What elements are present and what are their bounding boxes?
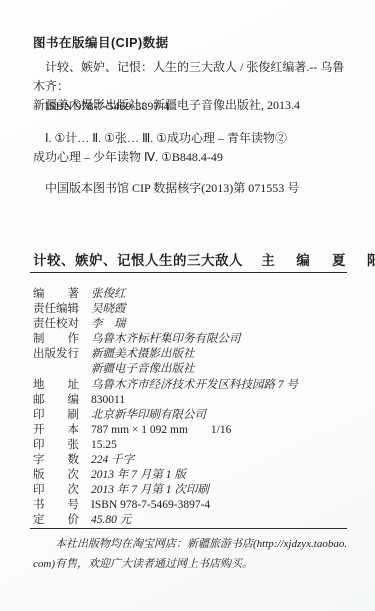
colophon-row-value: 张俊红 — [91, 287, 126, 302]
footer-divider-rule — [30, 528, 347, 529]
cip-classification-line-2: 成功心理 – 少年读物 Ⅳ. ①B848.4-49 — [33, 148, 349, 167]
colophon-row-label: 编 著 — [33, 287, 83, 302]
colophon-row-label: 印 张 — [33, 438, 83, 453]
taobao-store-note-line-1: 本社出版物均在淘宝网店：新疆旅游书店(http://xjdzyx.taobao. — [33, 534, 349, 554]
colophon-row-label: 地 址 — [33, 378, 83, 393]
colophon-row: 制 作 乌鲁木齐标杆集印务有限公司 — [33, 332, 349, 347]
colophon-row-label: 责任校对 — [33, 317, 83, 332]
colophon-row-value: 15.25 — [91, 438, 117, 453]
colophon-row: 开 本 787 mm × 1 092 mm 1/16 — [33, 423, 349, 438]
colophon-row: 出版发行 新疆美术摄影出版社 — [33, 347, 349, 362]
colophon-row-label: 开 本 — [33, 423, 83, 438]
colophon-row-label: 印 刷 — [33, 408, 83, 423]
colophon-row: 责任校对 李 瑞 — [33, 317, 349, 332]
cip-heading: 图书在版编目(CIP)数据 — [33, 33, 349, 51]
colophon-row-label: 邮 编 — [33, 393, 83, 408]
colophon-row-value: 李 瑞 — [91, 317, 126, 332]
book-title: 计较、嫉妒、记恨人生的三大敌人 — [33, 253, 243, 268]
colophon-row-value: 北京新华印刷有限公司 — [91, 408, 206, 423]
colophon-row: 地 址 乌鲁木齐市经济技术开发区科技园路 7 号 — [33, 378, 349, 393]
colophon-row-label: 制 作 — [33, 332, 83, 347]
colophon-row-label: 版 次 — [33, 468, 83, 483]
colophon-row: 邮 编 830011 — [33, 393, 349, 408]
colophon-row-value: 乌鲁木齐标杆集印务有限公司 — [91, 332, 241, 347]
chief-editor-label: 主 编 — [261, 253, 314, 268]
colophon-row: 新疆电子音像出版社 — [33, 362, 349, 377]
colophon-row: 定 价 45.80 元 — [33, 513, 349, 528]
colophon-row: 责任编辑 吴晓霞 — [33, 302, 349, 317]
cip-classification-line-1: Ⅰ. ①计… Ⅱ. ①张… Ⅲ. ①成功心理 – 青年读物② — [33, 129, 349, 148]
colophon-row: 编 著 张俊红 — [33, 287, 349, 302]
colophon-row-value: 吴晓霞 — [91, 302, 126, 317]
colophon-row-value: 787 mm × 1 092 mm 1/16 — [91, 423, 231, 438]
colophon-table: 编 著 张俊红 责任编辑 吴晓霞 责任校对 李 瑞 制 作 乌鲁木齐标杆集印务有… — [33, 287, 349, 529]
colophon-row-label: 书 号 — [33, 498, 83, 513]
colophon-row-value: 2013 年 7 月第 1 版 — [91, 468, 186, 483]
colophon-row: 印 次 2013 年 7 月第 1 次印刷 — [33, 483, 349, 498]
title-divider-rule — [30, 272, 347, 273]
cip-description-line-1: 计较、嫉妒、记恨：人生的三大敌人 / 张俊红编著.-- 乌鲁木齐： — [33, 58, 349, 96]
colophon-row: 版 次 2013 年 7 月第 1 版 — [33, 468, 349, 483]
colophon-row-label: 印 次 — [33, 483, 83, 498]
colophon-row-label: 字 数 — [33, 453, 83, 468]
colophon-row-value: 45.80 元 — [91, 513, 131, 528]
colophon-row: 书 号 ISBN 978-7-5469-3897-4 — [33, 498, 349, 513]
chief-editor-name: 夏 阳 — [332, 253, 375, 268]
colophon-row-label: 责任编辑 — [33, 302, 83, 317]
colophon-row-value: 830011 — [91, 393, 125, 408]
cip-record-number: 中国版本图书馆 CIP 数据核字(2013)第 071553 号 — [33, 179, 349, 196]
book-title-row: 计较、嫉妒、记恨人生的三大敌人 主 编 夏 阳 — [33, 249, 349, 269]
colophon-row: 字 数 224 千字 — [33, 453, 349, 468]
cip-isbn: ISBN 978-7-5469-3897-4 — [33, 99, 349, 114]
colophon-row-value: 224 千字 — [91, 453, 134, 468]
colophon-row-value: 新疆美术摄影出版社 — [91, 347, 195, 362]
colophon-row-label: 出版发行 — [33, 347, 83, 362]
colophon-row-label: 定 价 — [33, 513, 83, 528]
colophon-row-value: 新疆电子音像出版社 — [91, 362, 195, 377]
colophon-row-value: 2013 年 7 月第 1 次印刷 — [91, 483, 209, 498]
taobao-store-note-line-2: com)有售，欢迎广大读者通过网上书店购买。 — [33, 554, 349, 574]
copyright-page: 图书在版编目(CIP)数据 计较、嫉妒、记恨：人生的三大敌人 / 张俊红编著.-… — [0, 0, 375, 611]
taobao-store-note: 本社出版物均在淘宝网店：新疆旅游书店(http://xjdzyx.taobao.… — [33, 534, 349, 574]
colophon-row: 印 张 15.25 — [33, 438, 349, 453]
colophon-row-value: ISBN 978-7-5469-3897-4 — [91, 498, 210, 513]
colophon-row: 印 刷 北京新华印刷有限公司 — [33, 408, 349, 423]
colophon-row-value: 乌鲁木齐市经济技术开发区科技园路 7 号 — [91, 378, 298, 393]
cip-classification: Ⅰ. ①计… Ⅱ. ①张… Ⅲ. ①成功心理 – 青年读物② 成功心理 – 少年… — [33, 129, 349, 167]
